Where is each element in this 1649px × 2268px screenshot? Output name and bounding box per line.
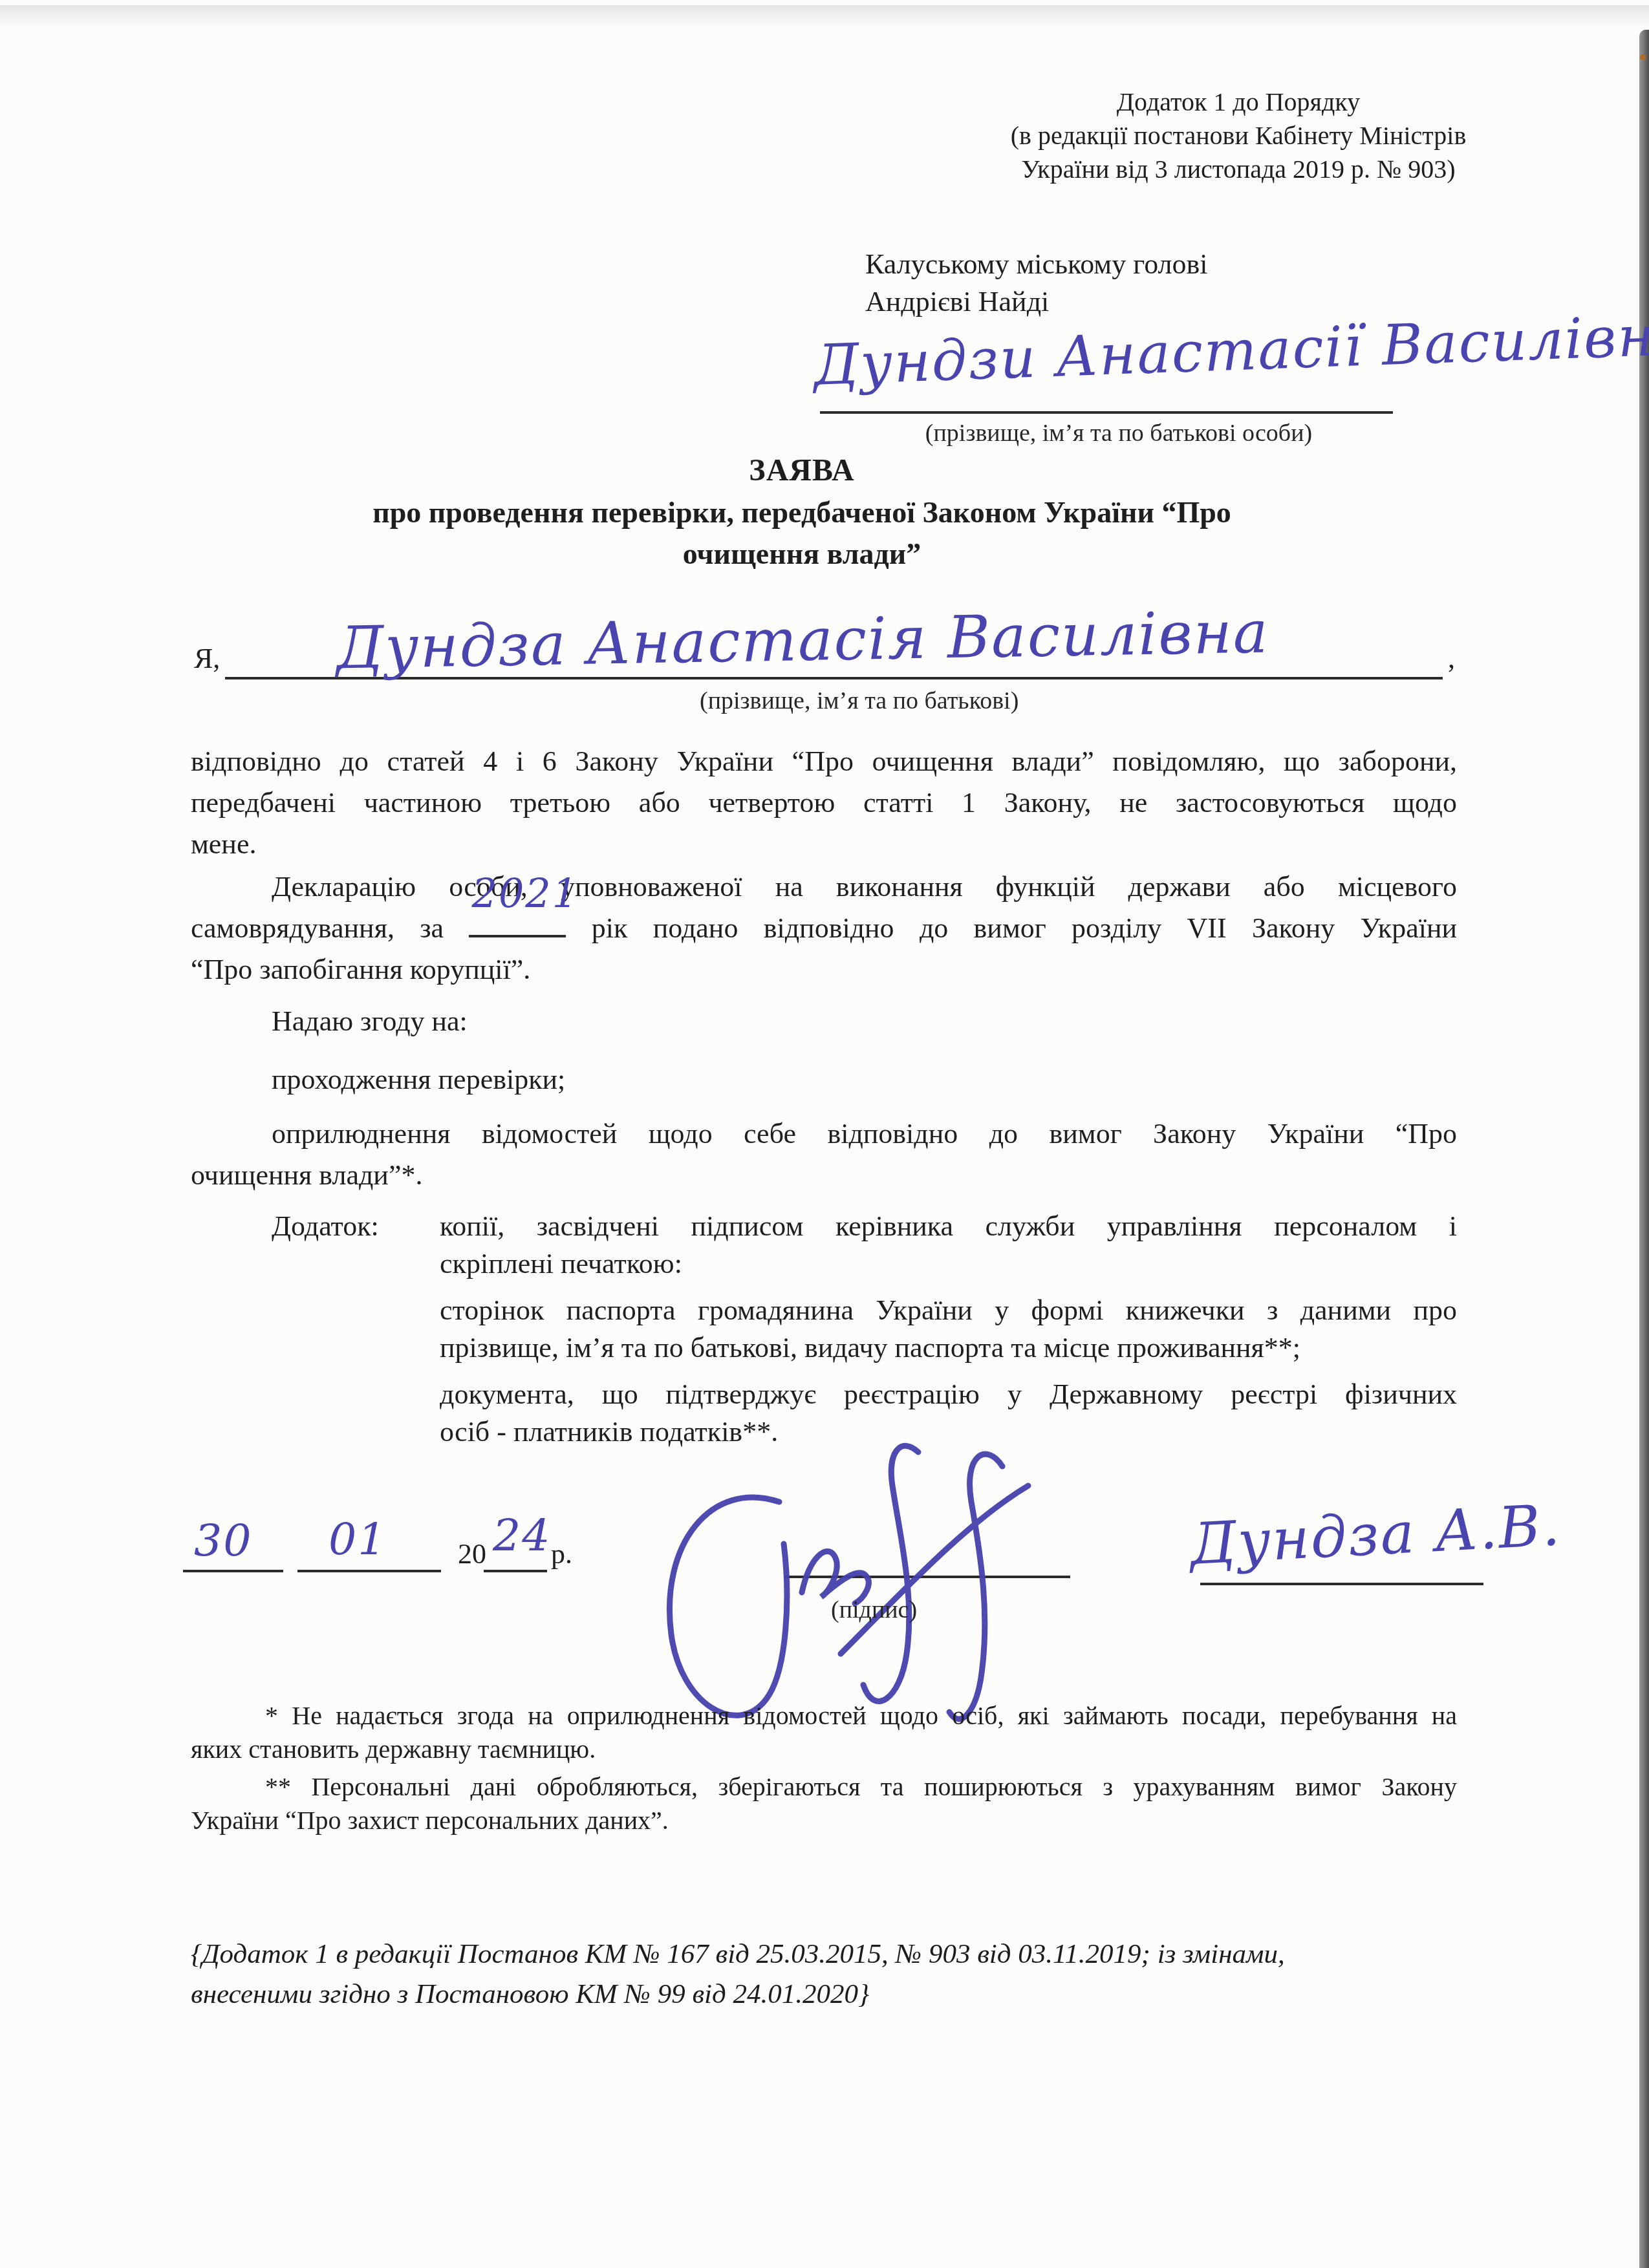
footnote-line: ** Персональні дані обробляються, зберіг… — [191, 1770, 1457, 1804]
fill-line — [820, 411, 1393, 414]
paragraph-line: Декларацію особи, уповноваженої на викон… — [191, 866, 1457, 908]
amendment-note-line: внесеними згідно з Постановою КМ № 99 ві… — [191, 1974, 1457, 2015]
consent-item-1: проходження перевірки; — [191, 1059, 1457, 1100]
intro-pronoun: Я, — [194, 638, 220, 679]
attachment-item-line: прізвище, ім’я та по батькові, видачу па… — [191, 1329, 1457, 1367]
scan-speck — [1640, 54, 1646, 60]
handwritten-day: 30 — [194, 1515, 253, 1567]
addressee-line: Андрієві Найді — [865, 283, 1208, 321]
year-prefix: 20 — [458, 1534, 486, 1575]
year-fill-line: 2021 — [469, 909, 566, 937]
attachment-label: Додаток: — [272, 1208, 379, 1245]
amendment-note: {Додаток 1 в редакції Постанов КМ № 167 … — [191, 1934, 1457, 2015]
signature-scribble — [640, 1440, 1080, 1738]
paragraph-line: мене. — [191, 824, 1457, 865]
annex-note-line: України від 3 листопада 2019 р. № 903) — [989, 153, 1487, 186]
consent-item-2: оприлюднення відомостей щодо себе відпов… — [191, 1113, 1457, 1196]
attachment-item-line: сторінок паспорта громадянина України у … — [191, 1292, 1457, 1329]
footnote-line: України “Про захист персональних даних”. — [191, 1804, 1457, 1837]
amendment-note-line: {Додаток 1 в редакції Постанов КМ № 167 … — [191, 1934, 1457, 1974]
handwritten-year-short: 24 — [493, 1510, 552, 1561]
document-title-line: очищення влади” — [191, 537, 1413, 571]
consent-intro-line: Надаю згоду на: — [191, 1001, 1457, 1042]
handwritten-year: 2021 — [471, 873, 579, 914]
footnote-line: * Не надається згода на оприлюднення від… — [191, 1699, 1457, 1733]
fill-line — [183, 1570, 283, 1572]
signature-caption: (підпис) — [831, 1596, 917, 1624]
signature-line — [1200, 1583, 1483, 1585]
addressee-caption: (прізвище, ім’я та по батькові особи) — [860, 419, 1377, 447]
annex-note-line: Додаток 1 до Порядку — [989, 85, 1487, 119]
attachment-block: Додаток: копії, засвідчені підписом кері… — [191, 1208, 1457, 1451]
paragraph-line: відповідно до статей 4 і 6 Закону Україн… — [191, 741, 1457, 782]
paragraph-declaration: Декларацію особи, уповноваженої на викон… — [191, 866, 1457, 990]
paragraph-line-with-year: самоврядування, за 2021 рік подано відпо… — [191, 908, 1457, 949]
intro-comma: , — [1448, 638, 1455, 679]
document-title-line: про проведення перевірки, передбаченої З… — [191, 495, 1413, 530]
fill-line — [484, 1570, 547, 1572]
document-title: ЗАЯВА — [191, 453, 1413, 488]
consent-item-text: оприлюднення відомостей щодо себе відпов… — [191, 1113, 1457, 1155]
addressee-line: Калуському міському голові — [865, 246, 1208, 283]
scan-top-edge — [0, 5, 1649, 25]
year-line-prefix: самоврядування, за — [191, 912, 444, 944]
year-line-suffix: рік подано відповідно до вимог розділу V… — [592, 912, 1457, 944]
scanned-document-page: Додаток 1 до Порядку (в редакції постано… — [0, 0, 1649, 2268]
annex-note-line: (в редакції постанови Кабінету Міністрів — [989, 119, 1487, 153]
consent-item-text: проходження перевірки; — [191, 1059, 1457, 1100]
handwritten-month: 01 — [329, 1514, 387, 1565]
attachment-item-line: скріплені печаткою: — [191, 1245, 1457, 1283]
handwritten-signature-name: Дундза А.В. — [1189, 1492, 1563, 1578]
annex-note: Додаток 1 до Порядку (в редакції постано… — [989, 85, 1487, 186]
intro-caption: (прізвище, ім’я та по батькові) — [700, 687, 1018, 715]
footnote-1: * Не надається згода на оприлюднення від… — [191, 1699, 1457, 1766]
footnote-line: яких становить державну таємницю. — [191, 1733, 1457, 1766]
footnote-2: ** Персональні дані обробляються, зберіг… — [191, 1770, 1457, 1837]
paragraph-line: передбачені частиною третьою або четверт… — [191, 782, 1457, 824]
attachment-item-line: документа, що підтверджує реєстрацію у Д… — [191, 1376, 1457, 1413]
paragraph-lustration: відповідно до статей 4 і 6 Закону Україн… — [191, 741, 1457, 865]
year-suffix: р. — [551, 1534, 572, 1575]
addressee-block: Калуському міському голові Андрієві Найд… — [865, 246, 1208, 321]
consent-item-text: очищення влади”*. — [191, 1155, 1457, 1196]
fill-line — [297, 1570, 441, 1572]
attachment-item-line: копії, засвідчені підписом керівника слу… — [191, 1208, 1457, 1245]
paragraph-line: “Про запобігання корупції”. — [191, 949, 1457, 990]
consent-intro: Надаю згоду на: — [191, 1001, 1457, 1042]
